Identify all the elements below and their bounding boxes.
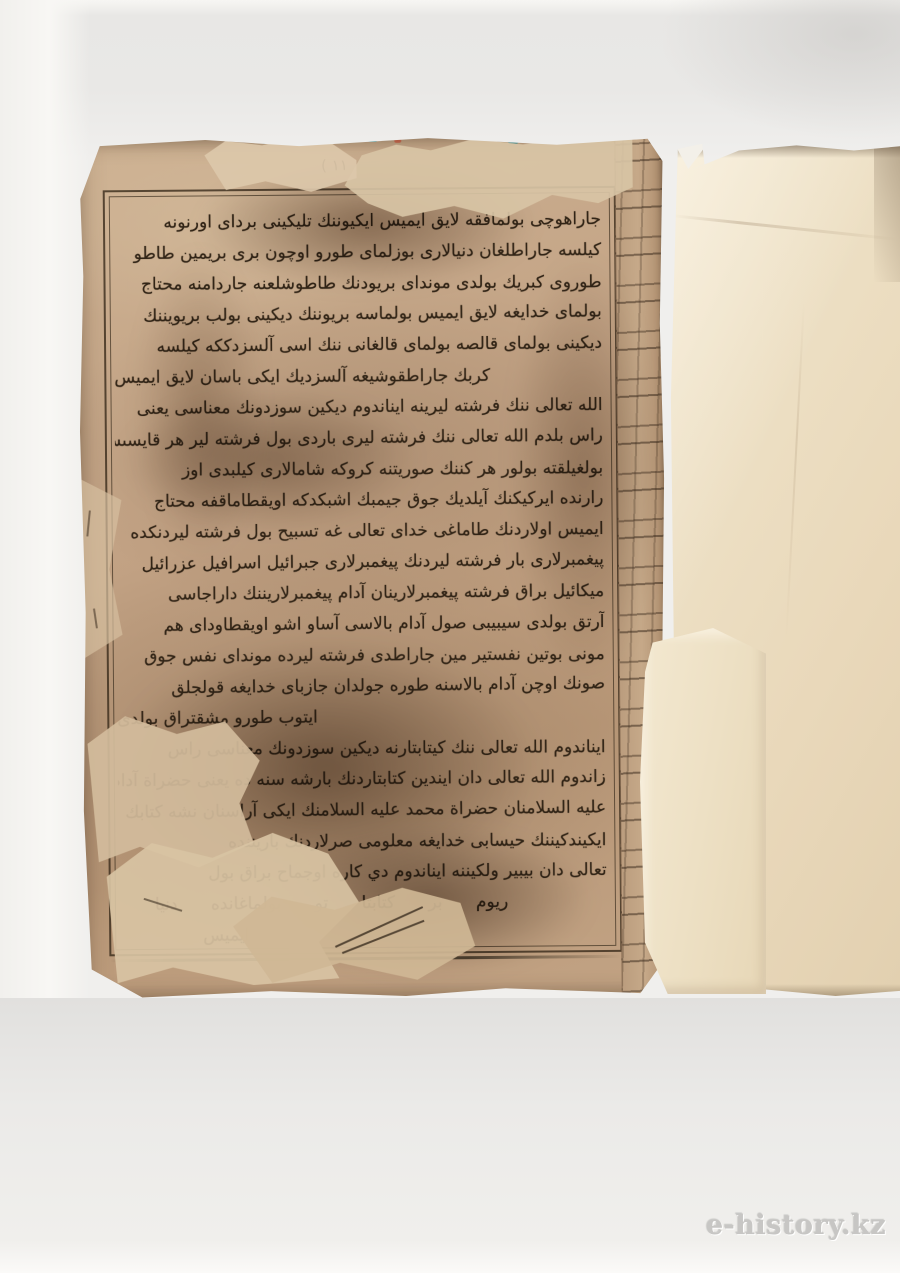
watermark: e-history.kz: [706, 1210, 886, 1241]
text-line: ايميس اولاردنك طاماغى خداى تعالى غه تسبي…: [116, 514, 604, 549]
page-edge-shadow: [874, 142, 900, 282]
torn-patch: [87, 715, 260, 868]
text-line: ديكينى بولماى قالصه بولماى قالغانى ننك ا…: [114, 328, 602, 363]
text-line: كيلسه جاراطلغان دنيالارى بوزلماى طورو او…: [113, 235, 601, 270]
text-line: جاراهوچى بولمافقه لايق ايميس ايكيوننك تل…: [113, 204, 601, 239]
text-line: رارنده ايركيكنك آيلديك جوق جيمبك اشبكدكه…: [115, 483, 603, 518]
text-line: ميكائيل براق فرشته پيغمبرلارينان آدام پي…: [116, 576, 604, 611]
text-line: بولماى خدايغه لايق ايميس بولماسه بريوننك…: [114, 296, 602, 333]
text-line: راس بلدم الله تعالى ننك فرشته ليرى باردى…: [115, 420, 603, 457]
text-line: مونى بوتين نفستير مين جاراطدى فرشته ليرد…: [117, 639, 605, 673]
text-line: بولغيلقته بولور هر كننك صوريتنه كروكه شا…: [115, 453, 603, 487]
background-left-shading: [0, 0, 90, 1010]
manuscript-page: ( ١١ جاراهوچى بولمافقه لايق ايميس ايكيون…: [76, 133, 670, 1000]
text-line: ايتوب طورو مشقتراق بولدى: [117, 700, 605, 735]
text-line: الله تعالى ننك فرشته ليرينه ايناندوم ديك…: [114, 390, 602, 425]
text-line: كربك جاراطقوشيغه آلسزديك ايكى باسان لايق…: [114, 360, 602, 394]
curled-page-corner: [640, 628, 766, 994]
page-crease: [672, 214, 897, 241]
text-line: صونك اوچن آدام بالاسنه طوره جولدان جازبا…: [117, 668, 605, 705]
text-line: آرتق بولدى سيبيبى صول آدام بالاسى آساو ا…: [116, 607, 604, 642]
page-crease: [785, 302, 805, 642]
text-line: پيغمبرلارى بار فرشته ليردنك پيغمبرلارى ج…: [116, 544, 604, 581]
scanned-book-photo: ( ١١ جاراهوچى بولمافقه لايق ايميس ايكيون…: [0, 0, 900, 1273]
text-line: طوروى كبريك بولدى مونداى بريودنك طاطوشلع…: [113, 267, 601, 301]
